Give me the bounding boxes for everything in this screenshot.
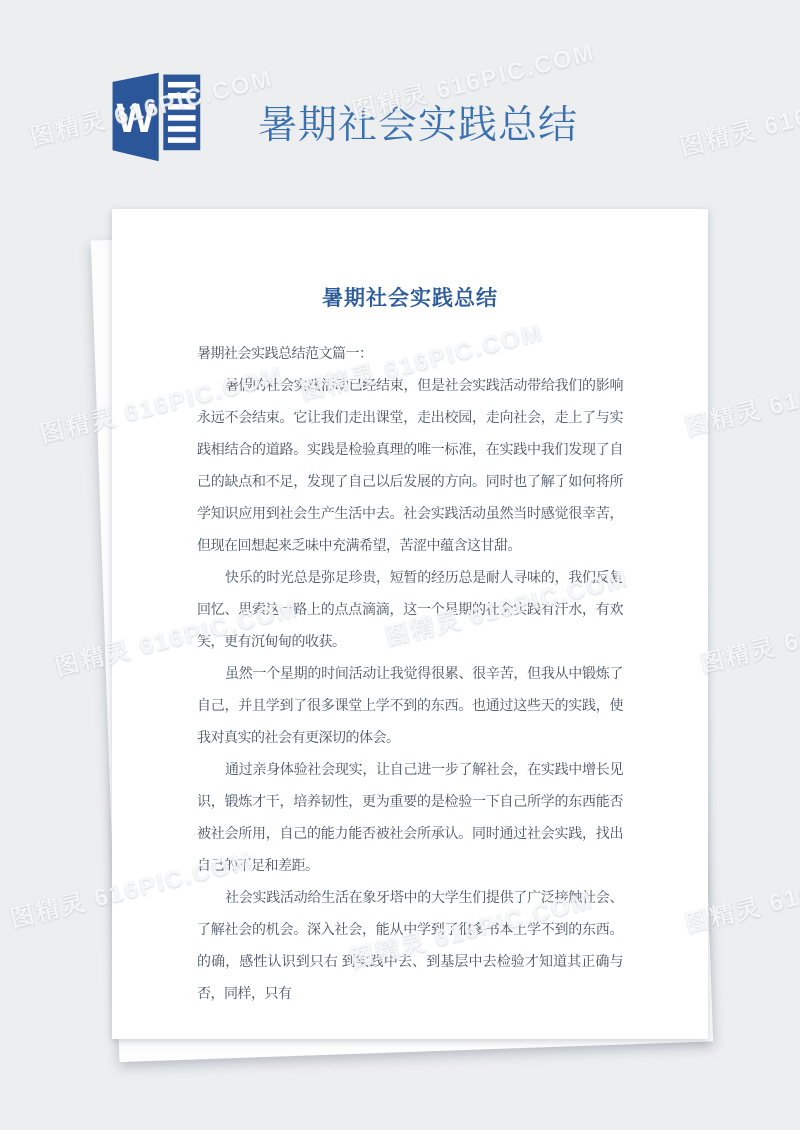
document-paragraph: 暑假的社会实践活动已经结束，但是社会实践活动带给我们的影响永远不会结束。它让我们… [197, 371, 623, 563]
page-background: W 暑期社会实践总结 暑期社会实践总结 暑期社会实践总结范文篇一：暑假的社会实践… [0, 0, 800, 1130]
word-logo-letter: W [116, 95, 155, 141]
watermark-text: 图精灵 616PIC.COM [676, 68, 800, 162]
document-paragraph: 通过亲身体验社会现实，让自己进一步了解社会，在实践中增长见识，锻炼才干，培养韧性… [197, 755, 623, 883]
document-paragraph: 快乐的时光总是弥足珍贵，短暂的经历总是耐人寻味的，我们反复回忆、思索这一路上的点… [197, 563, 623, 659]
document-page: 暑期社会实践总结 暑期社会实践总结范文篇一：暑假的社会实践活动已经结束，但是社会… [112, 209, 708, 1039]
watermark-text: 图精灵 616PIC.COM [696, 585, 800, 679]
document-paragraph: 虽然一个星期的时间活动让我觉得很累、很辛苦，但我从中锻炼了自己，并且学到了很多课… [197, 659, 623, 755]
document-paragraph: 社会实践活动给生活在象牙塔中的大学生们提供了广泛接触社会、了解社会的机会。深入社… [197, 883, 623, 1011]
document-paragraph: 暑期社会实践总结范文篇一： [197, 339, 623, 371]
document-body: 暑期社会实践总结范文篇一：暑假的社会实践活动已经结束，但是社会实践活动带给我们的… [197, 339, 623, 1011]
word-logo-icon: W [107, 70, 203, 164]
word-logo-svg: W [107, 70, 203, 164]
page-title: 暑期社会实践总结 [258, 94, 578, 150]
document-title: 暑期社会实践总结 [197, 282, 623, 312]
